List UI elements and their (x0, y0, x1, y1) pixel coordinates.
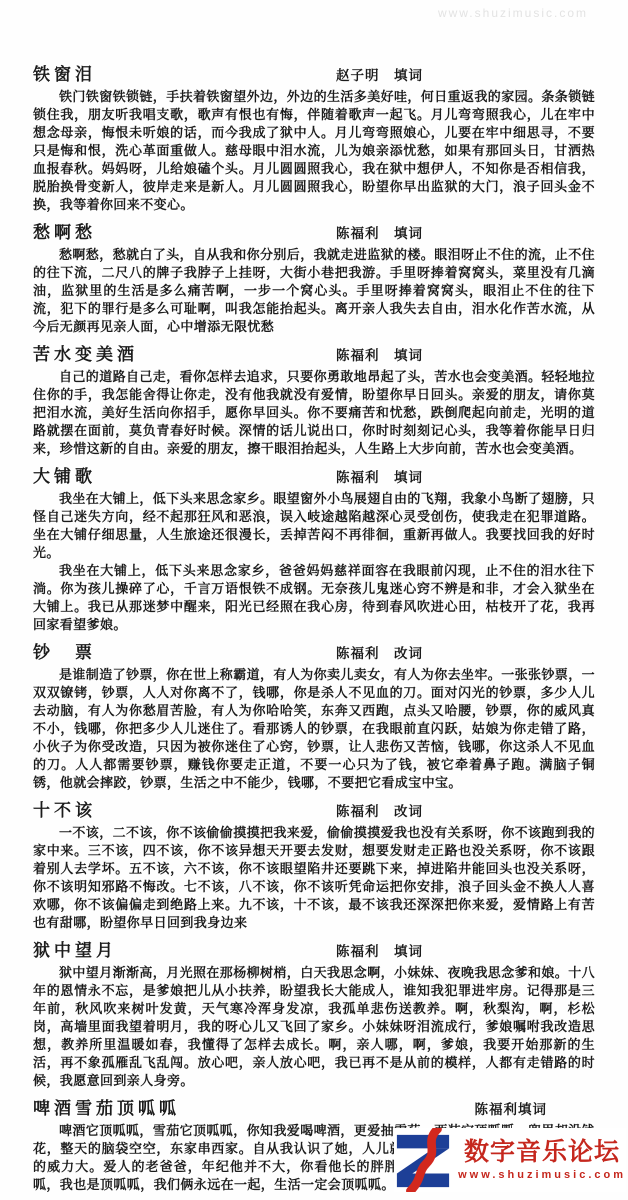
song-section-tie-chuang-lei: 铁窗泪 赵子明 填词 铁门铁窗铁锁链，手扶着铁窗望外边，外边的生活多美好哇，何日… (33, 60, 595, 214)
song-lyrics: 我坐在大铺上，低下头来思念家乡，爸爸妈妈慈祥面容在我眼前闪现，止不住的泪水往下淌… (33, 562, 595, 634)
song-section-chao-piao: 钞 票 陈福利 改词 是谁制造了钞票，你在世上称霸道，有人为你卖儿卖女，有人为你… (33, 638, 595, 792)
song-credit: 陈福利填词 (475, 1098, 548, 1118)
song-lyrics: 一不该，二不该，你不该偷偷摸摸把我来爱，偷偷摸摸爱我也没有关系呀，你不该跑到我的… (33, 824, 595, 932)
logo-text-block: 数字音乐论坛 www.shuzimusic.com (458, 1139, 626, 1182)
song-header: 大铺歌 陈福利 填词 (33, 462, 595, 487)
logo-z-icon (394, 1128, 452, 1192)
song-credit: 陈福利 改词 (336, 642, 423, 662)
song-header: 钞 票 陈福利 改词 (33, 638, 595, 663)
song-lyrics: 自己的道路自己走，看你怎样去追求，只要你勇敢地昂起了头，苦水也会变美酒。轻轻地拉… (33, 368, 595, 458)
shuzimusic-logo: 数字音乐论坛 www.shuzimusic.com (394, 1128, 626, 1192)
song-lyrics: 是谁制造了钞票，你在世上称霸道，有人为你卖儿卖女，有人为你去坐牢。一张张钞票，一… (33, 666, 595, 792)
scanned-songbook-page: www.shuzimusic.com 铁窗泪 赵子明 填词 铁门铁窗铁锁链，手扶… (0, 0, 628, 1200)
song-credit: 陈福利 填词 (336, 940, 423, 960)
song-section-shi-bu-gai: 十不该 陈福利 改词 一不该，二不该，你不该偷偷摸摸把我来爱，偷偷摸摸爱我也没有… (33, 796, 595, 932)
song-title: 苦水变美酒 (33, 340, 138, 365)
song-lyrics: 愁啊愁，愁就白了头，自从我和你分别后，我就走进监狱的楼。眼泪呀止不住的流，止不住… (33, 246, 595, 336)
song-credit: 陈福利 填词 (336, 466, 423, 486)
song-credit: 陈福利 填词 (336, 344, 423, 364)
song-credit: 陈福利 填词 (336, 222, 423, 242)
song-lyrics: 我坐在大铺上，低下头来思念家乡。眼望窗外小鸟展翅自由的飞翔，我象小鸟断了翅膀，只… (33, 490, 595, 562)
logo-site-url: www.shuzimusic.com (458, 1169, 626, 1181)
song-header: 啤酒雪茄顶呱呱 陈福利填词 (33, 1094, 595, 1119)
song-section-ku-shui-bian-mei-jiu: 苦水变美酒 陈福利 填词 自己的道路自己走，看你怎样去追求，只要你勇敢地昂起了头… (33, 340, 595, 458)
song-header: 苦水变美酒 陈福利 填词 (33, 340, 595, 365)
song-title: 愁啊愁 (33, 218, 96, 243)
song-title: 狱中望月 (33, 936, 117, 961)
song-lyrics: 铁门铁窗铁锁链，手扶着铁窗望外边，外边的生活多美好哇，何日重返我的家园。条条锁链… (33, 88, 595, 214)
song-credit: 陈福利 改词 (336, 800, 423, 820)
song-title: 铁窗泪 (33, 60, 96, 85)
song-header: 十不该 陈福利 改词 (33, 796, 595, 821)
song-header: 狱中望月 陈福利 填词 (33, 936, 595, 961)
top-watermark-text: www.shuzimusic.com (438, 6, 588, 20)
song-credit: 赵子明 填词 (336, 64, 423, 84)
logo-site-name: 数字音乐论坛 (464, 1139, 620, 1167)
song-header: 铁窗泪 赵子明 填词 (33, 60, 595, 85)
song-section-da-pu-ge: 大铺歌 陈福利 填词 我坐在大铺上，低下头来思念家乡。眼望窗外小鸟展翅自由的飞翔… (33, 462, 595, 634)
song-title: 钞 票 (33, 638, 96, 663)
song-title: 啤酒雪茄顶呱呱 (33, 1094, 180, 1119)
song-lyrics: 狱中望月渐渐高，月光照在那杨柳树梢，白天我思念啊，小妹妹、夜晚我思念爹和娘。十八… (33, 964, 595, 1090)
song-title: 十不该 (33, 796, 96, 821)
song-header: 愁啊愁 陈福利 填词 (33, 218, 595, 243)
song-title: 大铺歌 (33, 462, 96, 487)
song-section-yu-zhong-wang-yue: 狱中望月 陈福利 填词 狱中望月渐渐高，月光照在那杨柳树梢，白天我思念啊，小妹妹… (33, 936, 595, 1090)
song-section-chou-a-chou: 愁啊愁 陈福利 填词 愁啊愁，愁就白了头，自从我和你分别后，我就走进监狱的楼。眼… (33, 218, 595, 336)
